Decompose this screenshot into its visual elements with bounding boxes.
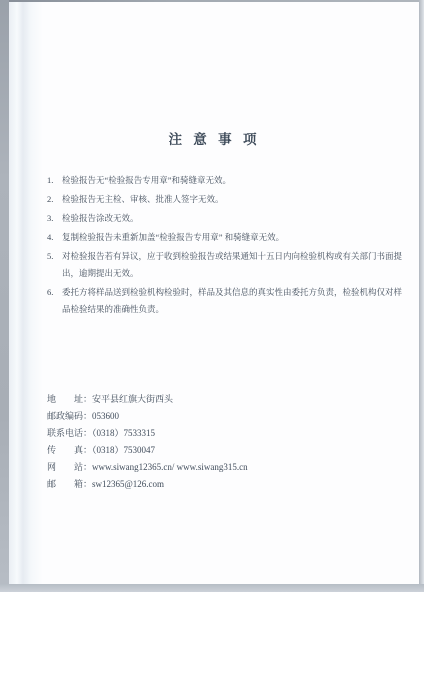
note-number: 1.: [47, 172, 53, 189]
note-text: 委托方将样品送到检验机构检验时，样品及其信息的真实性由委托方负责，检验机构仅对样…: [62, 287, 402, 314]
contact-value: （0318）7530047: [92, 445, 155, 455]
contact-label: 邮政编码：: [47, 411, 92, 421]
contact-value: www.siwang12365.cn/ www.siwang315.cn: [92, 462, 248, 472]
note-number: 3.: [47, 210, 53, 227]
scan-right-edge: [419, 0, 424, 586]
note-text: 对检验报告若有异议，应于收到检验报告或结果通知十五日内向检验机构或有关部门书面提…: [62, 251, 402, 278]
contact-label: 联系电话：: [47, 428, 92, 438]
contact-value: 安平县红旗大街西头: [92, 394, 173, 404]
contact-label: 网 站：: [47, 462, 92, 472]
page-title: 注 意 事 项: [9, 128, 420, 148]
contact-label: 传 真：: [47, 445, 92, 455]
contact-value: 053600: [92, 411, 119, 421]
note-item: 1. 检验报告无“检验报告专用章”和骑缝章无效。: [47, 172, 405, 189]
contact-line-phone: 联系电话：（0318）7533315: [47, 425, 248, 442]
contact-line-website: 网 站：www.siwang12365.cn/ www.siwang315.cn: [47, 459, 248, 476]
contact-label: 地 址：: [47, 394, 92, 404]
scanned-document-area: 注 意 事 项 1. 检验报告无“检验报告专用章”和骑缝章无效。 2. 检验报告…: [0, 0, 424, 592]
book-spine-edge: [0, 0, 9, 592]
note-number: 4.: [47, 229, 53, 246]
note-item: 3. 检验报告涂改无效。: [47, 210, 405, 227]
note-text: 复制检验报告未重新加盖“检验报告专用章” 和骑缝章无效。: [62, 232, 284, 242]
note-number: 6.: [47, 284, 53, 301]
note-item: 6. 委托方将样品送到检验机构检验时，样品及其信息的真实性由委托方负责，检验机构…: [47, 284, 405, 318]
note-number: 5.: [47, 248, 53, 265]
contact-info-block: 地 址：安平县红旗大街西头 邮政编码：053600 联系电话：（0318）753…: [47, 391, 248, 493]
contact-label: 邮 箱：: [47, 479, 92, 489]
contact-line-address: 地 址：安平县红旗大街西头: [47, 391, 248, 408]
contact-line-fax: 传 真：（0318）7530047: [47, 442, 248, 459]
scan-top-edge: [0, 0, 424, 2]
contact-line-postcode: 邮政编码：053600: [47, 408, 248, 425]
contact-value: （0318）7533315: [92, 428, 155, 438]
note-text: 检验报告无“检验报告专用章”和骑缝章无效。: [62, 175, 231, 185]
note-item: 2. 检验报告无主检、审核、批准人签字无效。: [47, 191, 405, 208]
note-text: 检验报告涂改无效。: [62, 213, 139, 223]
note-item: 5. 对检验报告若有异议，应于收到检验报告或结果通知十五日内向检验机构或有关部门…: [47, 248, 405, 282]
note-number: 2.: [47, 191, 53, 208]
contact-value: sw12365@126.com: [92, 479, 164, 489]
notes-list: 1. 检验报告无“检验报告专用章”和骑缝章无效。 2. 检验报告无主检、审核、批…: [47, 172, 405, 320]
note-text: 检验报告无主检、审核、批准人签字无效。: [62, 194, 224, 204]
document-page-sheet: 注 意 事 项 1. 检验报告无“检验报告专用章”和骑缝章无效。 2. 检验报告…: [9, 2, 420, 584]
contact-line-email: 邮 箱：sw12365@126.com: [47, 476, 248, 493]
scan-bottom-edge: [0, 584, 424, 592]
note-item: 4. 复制检验报告未重新加盖“检验报告专用章” 和骑缝章无效。: [47, 229, 405, 246]
